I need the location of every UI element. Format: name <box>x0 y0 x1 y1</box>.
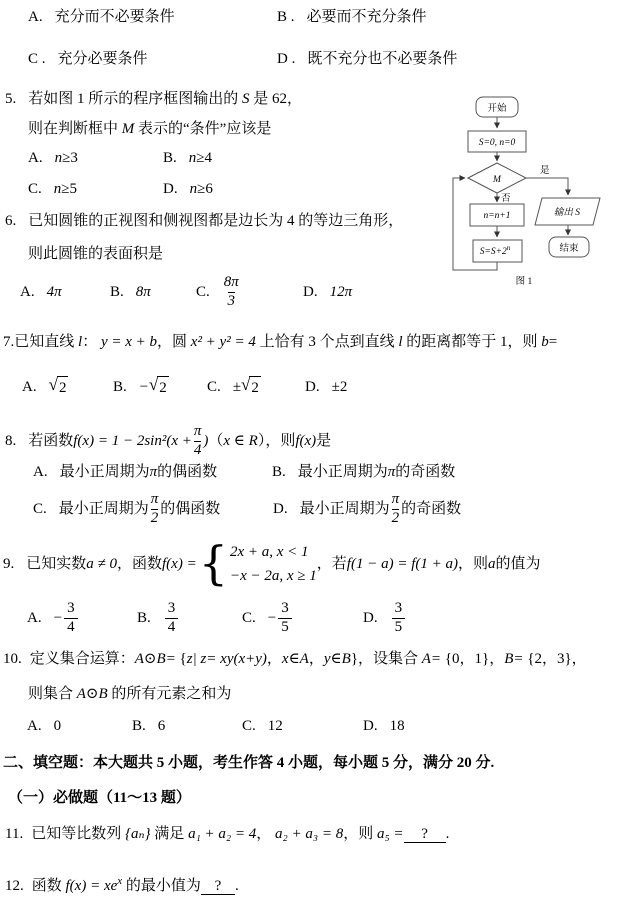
q9-text: ，若 <box>317 553 347 575</box>
q7-number: 7. <box>3 334 14 350</box>
flow-yes-label: 是 <box>540 165 550 176</box>
q11-text: 满足 <box>151 826 189 842</box>
option-label: A. <box>27 715 42 737</box>
flow-start-label: 开始 <box>487 102 507 114</box>
math-val: 4 <box>205 147 213 169</box>
q10-text: 的所有元素之和为 <box>108 686 232 702</box>
option-label: B. <box>113 376 127 398</box>
q8-number: 8. <box>5 430 16 452</box>
option-label: C. <box>196 281 210 303</box>
math-val: 5 <box>70 178 78 200</box>
math-formula: B= <box>504 651 523 667</box>
q9-options-row: A.−34 B.34 C.−35 D.35 <box>0 593 460 643</box>
q7-text: 已知直线 <box>14 334 78 350</box>
fraction-denominator: 4 <box>194 441 202 459</box>
option-label: C. <box>33 498 47 520</box>
q6-line-2: 则此圆锥的表面积是 <box>28 243 163 265</box>
q10-text: { <box>176 651 187 667</box>
q4-option-a: A.充分而不必要条件 <box>28 6 175 28</box>
q12-line: 12.函数 f(x) = xex 的最小值为?. <box>5 870 239 897</box>
fraction-numerator: 3 <box>64 600 78 617</box>
option-text: 充分而不必要条件 <box>55 6 175 28</box>
q9-text: ，则 <box>458 553 488 575</box>
option-label: A. <box>28 147 43 169</box>
flow-step2-base: S=S+2 <box>480 247 507 257</box>
q5-option-c: C.n ≥ 5 <box>28 178 77 200</box>
q8-option-b: B.最小正周期为 π 的奇函数 <box>272 460 455 484</box>
q6-option-c: C.8π3 <box>196 267 241 317</box>
math-var: n <box>190 178 198 200</box>
option-text: 的奇函数 <box>395 461 455 483</box>
math-formula: a₂ + a₃ = 8 <box>275 826 343 842</box>
section-title-text: 二、填空题：本大题共 5 小题，考生作答 4 小题，每小题 5 分，满分 20 … <box>3 755 494 771</box>
option-text: 的偶函数 <box>157 461 217 483</box>
flowchart-svg: 开始 S=0, n=0 M 是 否 n=n+1 S=S+2n 输出 S 结束 图… <box>443 93 623 298</box>
q12-text: 的最小值为 <box>122 878 201 894</box>
q11-text: 已知等比数列 <box>31 826 125 842</box>
option-label: B. <box>132 715 146 737</box>
q10-option-a: A.0 <box>27 714 61 738</box>
option-text: 的奇函数 <box>401 498 461 520</box>
q9-option-c: C.−35 <box>242 593 294 643</box>
q7-text: 上恰有 3 个点到直线 <box>256 334 399 350</box>
q11-text: ，则 <box>343 826 377 842</box>
sqrt-expression: −√2 <box>139 376 169 399</box>
option-text: 的偶函数 <box>160 498 220 520</box>
q8-text: 是 <box>316 430 331 452</box>
q12-text: 函数 <box>32 878 66 894</box>
q9-option-a: A.−34 <box>27 593 80 643</box>
math-var: n <box>189 147 197 169</box>
option-label: A. <box>28 6 43 28</box>
q7-text: ，圆 <box>157 334 191 350</box>
section-2-title: 二、填空题：本大题共 5 小题，考生作答 4 小题，每小题 5 分，满分 20 … <box>3 752 494 774</box>
q5-options-row-1: A.n ≥ 3 B.n ≥ 4 <box>0 147 450 169</box>
flow-step2-label: S=S+2n <box>480 244 511 257</box>
option-label: B. <box>272 461 286 483</box>
q9-number: 9. <box>3 553 14 575</box>
math-formula: f(x) = 1 − 2sin²(x + <box>73 430 192 452</box>
math-rel: ≥ <box>197 178 205 200</box>
q6-option-b: B.8π <box>110 267 151 317</box>
cases-brace: { <box>199 543 228 584</box>
q10-text: }，设集合 <box>351 651 422 667</box>
fraction-denominator: 2 <box>392 509 400 527</box>
math-val: 4π <box>47 281 62 303</box>
option-text: 必要而不充分条件 <box>307 6 427 28</box>
sign: ± <box>233 376 241 398</box>
fraction-denominator: 4 <box>64 618 78 636</box>
fraction: 34 <box>64 600 78 636</box>
q5-text: 若如图 1 所示的程序框图输出的 <box>28 91 242 107</box>
math-var: n <box>54 178 62 200</box>
q8-text: 若函数 <box>28 430 73 452</box>
math-formula: f(1 − a) = f(1 + a) <box>347 553 458 575</box>
flow-init-label: S=0, n=0 <box>479 138 516 148</box>
fraction-denominator: 5 <box>278 618 292 636</box>
q4-options-row-2: C .充分必要条件 D .既不充分也不必要条件 <box>0 48 624 70</box>
q7-option-d: D.±2 <box>305 372 347 402</box>
option-label: D. <box>273 498 288 520</box>
sign: − <box>139 376 149 398</box>
q10-option-c: C.12 <box>242 714 283 738</box>
q9-line: 9.已知实数 a ≠ 0，函数 f(x) ={2x + a, x < 1−x −… <box>3 536 541 592</box>
option-value: 18 <box>390 715 405 737</box>
option-label: D. <box>363 607 378 629</box>
q4-options-row-1: A.充分而不必要条件 B .必要而不充分条件 <box>0 6 624 28</box>
q10-text: {2，3}， <box>524 651 587 667</box>
sign: − <box>268 607 276 629</box>
q10-text: ， <box>267 651 282 667</box>
option-label: A. <box>20 281 35 303</box>
math-val: π <box>388 461 396 483</box>
sign: − <box>54 607 62 629</box>
piecewise-cases: 2x + a, x < 1−x − 2a, x ≥ 1 <box>230 540 317 588</box>
q11-line: 11.已知等比数列 {aₙ} 满足 a₁ + a₂ = 4， a₂ + a₃ =… <box>5 823 449 845</box>
option-label: B. <box>163 147 177 169</box>
q9-text: ，函数 <box>117 553 162 575</box>
fraction-numerator: π <box>392 491 400 508</box>
math-val: 8π <box>136 281 151 303</box>
q7-line: 7.已知直线 l： y = x + b，圆 x² + y² = 4 上恰有 3 … <box>3 331 557 353</box>
option-label: D. <box>363 715 378 737</box>
option-text: 最小正周期为 <box>60 461 150 483</box>
math-formula: a₅ = <box>377 826 404 842</box>
fraction-numerator: 3 <box>392 600 406 617</box>
q5-text: 则在判断框中 <box>28 121 122 137</box>
sqrt-expression: √2 <box>49 376 69 399</box>
option-label: B . <box>277 6 295 28</box>
q10-number: 10. <box>3 651 22 667</box>
q9-text: 的值为 <box>496 553 541 575</box>
q4-option-c: C .充分必要条件 <box>28 48 148 70</box>
fraction: π2 <box>392 491 400 527</box>
q4-option-d: D .既不充分也不必要条件 <box>277 48 457 70</box>
fraction-denominator: 3 <box>228 292 236 310</box>
q12-number: 12. <box>5 878 24 894</box>
q7-options-row: A.√2 B.−√2 C.±√2 D.±2 <box>0 372 460 402</box>
option-label: C. <box>242 715 256 737</box>
flow-end-label: 结束 <box>559 242 579 254</box>
fraction-denominator: 5 <box>392 618 406 636</box>
q7-text: ： <box>82 334 101 350</box>
math-formula: z| z= xy(x+y) <box>187 651 267 667</box>
answer-blank: ? <box>404 826 446 843</box>
option-value: 6 <box>158 715 166 737</box>
fraction-numerator: 3 <box>278 600 292 617</box>
option-label: D . <box>277 48 295 70</box>
fraction: π2 <box>151 491 159 527</box>
option-label: D. <box>303 281 318 303</box>
radicand: 2 <box>57 376 69 399</box>
blank-placeholder: ? <box>215 878 222 894</box>
q7-option-a: A.√2 <box>22 372 68 402</box>
math-formula: f(x) = <box>162 553 197 575</box>
option-label: A. <box>22 376 37 398</box>
fraction: 35 <box>392 600 406 636</box>
math-formula: f(x) = xex <box>66 878 123 894</box>
fraction: 35 <box>278 600 292 636</box>
section-2-subtitle: （一）必做题（11～13 题） <box>8 787 191 809</box>
exam-page: A.充分而不必要条件 B .必要而不充分条件 C .充分必要条件 D .既不充分… <box>0 0 624 903</box>
q11-text: ， <box>256 826 275 842</box>
math-val: 12π <box>330 281 353 303</box>
q8-text: （ <box>208 430 223 452</box>
q7-option-b: B.−√2 <box>113 372 169 402</box>
fraction-denominator: 2 <box>151 509 159 527</box>
figure-caption: 图 1 <box>516 276 533 287</box>
q9-option-b: B.34 <box>137 593 180 643</box>
q9-text: 已知实数 <box>26 553 86 575</box>
math-formula: A⊙B <box>77 686 108 702</box>
math-val: 3 <box>70 147 78 169</box>
q8-options-row-1: A.最小正周期为 π 的偶函数 B.最小正周期为 π 的奇函数 <box>0 460 624 484</box>
math-val: ±2 <box>332 376 348 398</box>
option-text: 最小正周期为 <box>298 461 388 483</box>
math-formula: {aₙ} <box>125 826 151 842</box>
option-text: 充分必要条件 <box>58 48 148 70</box>
q5-line-1: 5.若如图 1 所示的程序框图输出的 S 是 62， <box>5 88 302 110</box>
radicand: 2 <box>157 376 169 399</box>
q5-option-b: B.n ≥ 4 <box>163 147 212 169</box>
q8-line: 8.若函数 f(x) = 1 − 2sin²(x + π4)（x ∈ R），则 … <box>5 417 331 465</box>
option-text: 既不充分也不必要条件 <box>307 48 457 70</box>
flow-step2-exponent: n <box>507 244 511 252</box>
q10-text: 定义集合运算： <box>30 651 135 667</box>
blank-placeholder: ? <box>421 826 428 842</box>
option-label: C. <box>242 607 256 629</box>
case-row: −x − 2a, x ≥ 1 <box>230 564 317 588</box>
q6-option-d: D.12π <box>303 267 352 317</box>
math-formula: a ≠ 0 <box>86 553 117 575</box>
q7-option-c: C.±√2 <box>207 372 261 402</box>
fraction: 34 <box>165 600 179 636</box>
math-rel: ≥ <box>61 178 69 200</box>
math-var: M <box>122 121 135 137</box>
math-formula: A= <box>422 651 441 667</box>
q11-text: . <box>446 826 450 842</box>
option-label: D. <box>163 178 178 200</box>
option-text: 最小正周期为 <box>59 498 149 520</box>
option-label: B. <box>137 607 151 629</box>
fraction-numerator: π <box>194 423 202 440</box>
q10-option-b: B.6 <box>132 714 165 738</box>
math-formula: A⊙B= <box>135 651 176 667</box>
q5-option-a: A.n ≥ 3 <box>28 147 78 169</box>
q10-line-2: 则集合 A⊙B 的所有元素之和为 <box>28 683 231 705</box>
math-formula: y∈B <box>324 651 351 667</box>
q5-number: 5. <box>5 91 16 107</box>
fraction: 8π3 <box>224 274 239 310</box>
flowchart-figure: 开始 S=0, n=0 M 是 否 n=n+1 S=S+2n 输出 S 结束 图… <box>443 93 623 303</box>
q6-number: 6. <box>5 213 16 229</box>
q5-text: 表示的“条件”应该是 <box>134 121 271 137</box>
math-rel: ≥ <box>196 147 204 169</box>
math-formula: x∈A <box>282 651 309 667</box>
q5-line-2: 则在判断框中 M 表示的“条件”应该是 <box>28 118 271 140</box>
fraction-denominator: 4 <box>165 618 179 636</box>
option-value: 12 <box>268 715 283 737</box>
q10-option-d: D.18 <box>363 714 405 738</box>
q10-options-row: A.0 B.6 C.12 D.18 <box>0 714 460 738</box>
option-label: A. <box>27 607 42 629</box>
math-formula: a₁ + a₂ = 4 <box>188 826 256 842</box>
flow-condition-label: M <box>492 175 502 185</box>
q8-option-d: D.最小正周期为 π2 的奇函数 <box>273 486 461 532</box>
q6-line-1: 6.已知圆锥的正视图和侧视图都是边长为 4 的等边三角形， <box>5 210 403 232</box>
math-formula: x² + y² = 4 <box>191 334 256 350</box>
q7-text: 的距离都等于 1，则 <box>403 334 542 350</box>
q10-line-1: 10.定义集合运算：A⊙B= {z| z= xy(x+y)，x∈A，y∈B}，设… <box>3 648 587 670</box>
option-label: C. <box>207 376 221 398</box>
math-formula: x ∈ R <box>223 430 257 452</box>
q12-text: . <box>235 878 239 894</box>
q8-option-c: C.最小正周期为 π2 的偶函数 <box>33 486 220 532</box>
fraction-numerator: π <box>151 491 159 508</box>
q10-text: {0，1}， <box>441 651 504 667</box>
q4-option-b: B .必要而不充分条件 <box>277 6 427 28</box>
case-row: 2x + a, x < 1 <box>230 540 317 564</box>
q5-text: 是 62， <box>250 91 303 107</box>
q9-option-d: D.35 <box>363 593 407 643</box>
q5-options-row-2: C.n ≥ 5 D.n ≥ 6 <box>0 178 450 200</box>
q6-option-a: A.4π <box>20 267 62 317</box>
fraction-numerator: 8π <box>224 274 239 291</box>
q10-text: ， <box>309 651 324 667</box>
flow-output-label: 输出 S <box>554 206 580 218</box>
q6-text: 则此圆锥的表面积是 <box>28 246 163 262</box>
q10-text: 则集合 <box>28 686 77 702</box>
option-label: C . <box>28 48 46 70</box>
answer-blank: ? <box>201 878 235 895</box>
math-var: b <box>541 334 549 350</box>
option-label: C. <box>28 178 42 200</box>
flow-no-label: 否 <box>501 193 511 204</box>
math-rel: ≥ <box>62 147 70 169</box>
q6-options-row: A.4π B.8π C.8π3 D.12π <box>0 267 460 317</box>
radicand: 2 <box>249 376 261 399</box>
math-var: S <box>242 91 250 107</box>
flow-step1-label: n=n+1 <box>483 211 510 221</box>
q8-option-a: A.最小正周期为 π 的偶函数 <box>33 460 217 484</box>
math-var: a <box>488 553 496 575</box>
option-value: 0 <box>54 715 62 737</box>
q6-text: 已知圆锥的正视图和侧视图都是边长为 4 的等边三角形， <box>28 213 403 229</box>
q7-text: = <box>549 334 557 350</box>
math-val: π <box>150 461 158 483</box>
q11-number: 11. <box>5 826 23 842</box>
fraction-numerator: 3 <box>165 600 179 617</box>
option-label: B. <box>110 281 124 303</box>
math-formula: f(x) <box>295 430 316 452</box>
option-label: D. <box>305 376 320 398</box>
q5-option-d: D.n ≥ 6 <box>163 178 213 200</box>
fraction: π4 <box>194 423 202 459</box>
sqrt-expression: ±√2 <box>233 376 261 399</box>
math-formula: y = x + b <box>101 334 157 350</box>
q8-options-row-2: C.最小正周期为 π2 的偶函数 D.最小正周期为 π2 的奇函数 <box>0 486 624 532</box>
math-var: n <box>55 147 63 169</box>
math-val: 6 <box>205 178 213 200</box>
option-label: A. <box>33 461 48 483</box>
option-text: 最小正周期为 <box>300 498 390 520</box>
section-subtitle-text: （一）必做题（11～13 题） <box>8 790 191 806</box>
q8-text: ），则 <box>258 430 296 452</box>
math-base: f(x) = xe <box>66 878 118 894</box>
